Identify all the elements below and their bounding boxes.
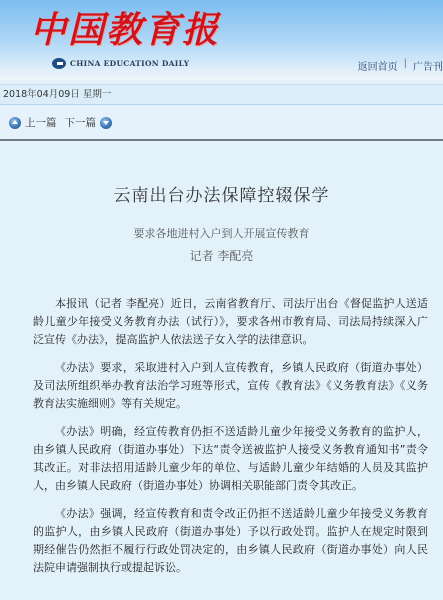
logo-english-text: CHINA EDUCATION DAILY xyxy=(70,59,189,68)
article-nav: 上一篇 下一篇 xyxy=(0,106,443,141)
prev-article-link[interactable]: 上一篇 xyxy=(25,115,57,130)
logo-chinese[interactable]: 中国教育报 xyxy=(30,2,220,53)
date-bar: 2018年04月09日 星期一 xyxy=(0,84,443,105)
paragraph: 《办法》强调，经宣传教育和责令改正仍拒不送适龄儿童少年接受义务教育的监护人，由乡… xyxy=(33,505,428,577)
top-links: 返回首页 | 广告刊 xyxy=(358,58,443,73)
site-header: 中国教育报 CHINA EDUCATION DAILY 返回首页 | 广告刊 xyxy=(0,0,443,80)
paragraph: 《办法》要求，采取进村入户到人宣传教育，乡镇人民政府（街道办事处）及司法所组织举… xyxy=(33,359,428,413)
paragraph: 《办法》明确，经宣传教育仍拒不送适龄儿童少年接受义务教育的监护人，由乡镇人民政府… xyxy=(33,423,428,495)
article-content: 云南出台办法保障控辍保学 要求各地进村入户到人开展宣传教育 记者 李配亮 本报讯… xyxy=(0,143,443,600)
logo-english[interactable]: CHINA EDUCATION DAILY xyxy=(52,58,189,69)
ad-link[interactable]: 广告刊 xyxy=(413,58,443,73)
logo-emblem-icon xyxy=(52,58,66,69)
article-title: 云南出台办法保障控辍保学 xyxy=(0,181,443,206)
arrow-down-icon[interactable] xyxy=(100,117,112,129)
link-separator: | xyxy=(404,58,407,73)
article-subtitle: 要求各地进村入户到人开展宣传教育 xyxy=(0,225,443,241)
next-article-link[interactable]: 下一篇 xyxy=(65,115,97,130)
article-author: 记者 李配亮 xyxy=(0,247,443,264)
date-text: 2018年04月09日 星期一 xyxy=(3,89,111,100)
article-body: 本报讯（记者 李配亮）近日，云南省教育厅、司法厅出台《督促监护人送适龄儿童少年接… xyxy=(33,295,428,587)
paragraph: 本报讯（记者 李配亮）近日，云南省教育厅、司法厅出台《督促监护人送适龄儿童少年接… xyxy=(33,295,428,349)
home-link[interactable]: 返回首页 xyxy=(358,58,398,73)
arrow-up-icon[interactable] xyxy=(9,117,21,129)
